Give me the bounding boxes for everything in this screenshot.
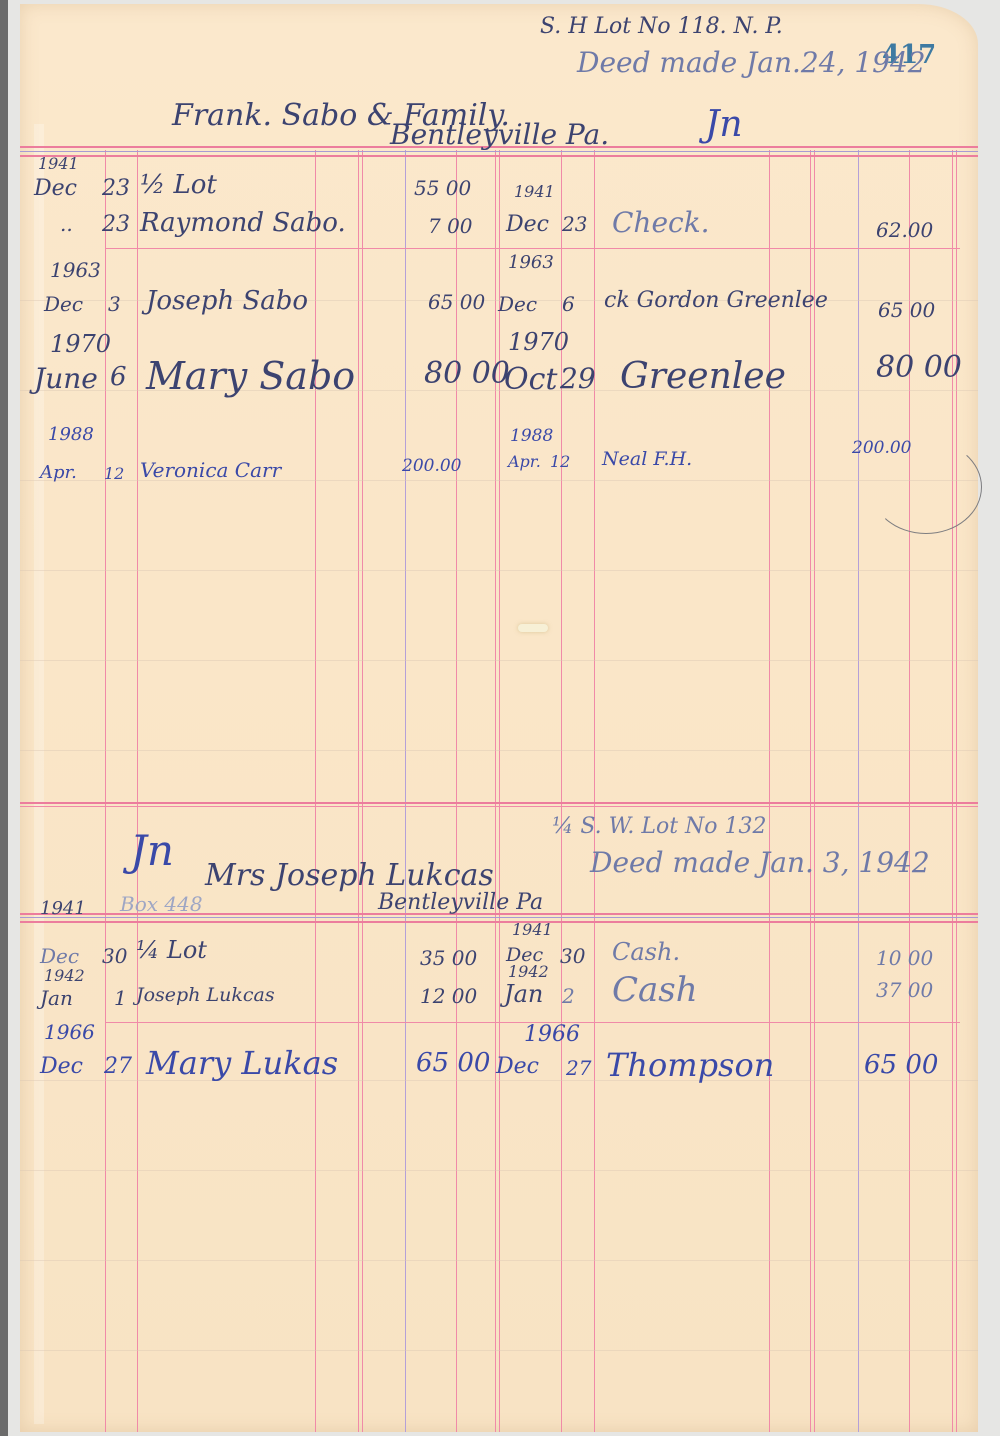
entry-amount: 200.00 [402,456,461,476]
paper-crease [518,624,548,632]
entry-description: Joseph Sabo [146,286,308,316]
faint-rule [20,570,978,571]
entry-day: 23 [102,176,130,201]
entry-year: 1941 [40,898,86,919]
entry-amount: 65 00 [864,1050,938,1080]
rule-amount-blue [405,150,406,1432]
rule-center [495,150,500,1432]
entry-description: Thompson [606,1046,774,1084]
entry-day: 6 [562,292,575,316]
account-address: Bentleyville Pa. [390,118,609,151]
entry-year: 1970 [50,330,111,358]
header-rule-blue [20,151,978,152]
rule-credit-folio [769,150,770,1432]
entry-day: 3 [108,292,121,316]
entry-month: Dec [44,292,83,316]
entry-description: Mary Lukas [146,1044,338,1082]
entry-description: Check. [612,206,710,239]
entry-month: Jan [504,980,543,1008]
entry-day: 27 [566,1056,591,1080]
entry-description: ¼ Lot [136,936,207,964]
section-separator [20,802,978,804]
entry-amount: 80 00 [424,356,510,391]
entry-amount: 10 00 [876,946,933,970]
entry-year: 1963 [508,252,554,273]
rule-credit-cents [909,150,910,1432]
entry-amount: 7 00 [428,214,473,238]
rule-description [315,150,316,1432]
entry-amount: 80 00 [876,350,962,385]
entry-year: 1966 [44,1020,95,1044]
entry-description: Neal F.H. [602,448,692,470]
account-box-number: Box 448 [120,892,203,916]
entry-month: Jan [40,986,73,1010]
entry-amount: 62.00 [876,218,933,242]
entry-year: 1941 [514,182,555,201]
rule-folio [358,150,363,1432]
section-separator [20,806,978,807]
entry-month: Dec [34,176,77,201]
entry-year: 1966 [524,1022,580,1047]
entry-month: Dec [40,1054,83,1079]
rule-credit-amount-blue [858,150,859,1432]
header-rule [20,921,978,923]
entry-year: 1963 [50,258,101,282]
entry-description: Greenlee [620,356,786,397]
faint-rule [20,660,978,661]
pencil-circle-mark [870,440,982,534]
entry-amount: 37 00 [876,978,933,1002]
entry-day: 30 [102,944,127,968]
entry-amount: 12 00 [420,984,477,1008]
header-rule-blue [20,917,978,918]
account-holder-name: Mrs Joseph Lukcas [205,858,494,893]
entry-month: Apr. [40,462,77,483]
entry-month: Dec [506,212,549,237]
faint-rule [20,1170,978,1171]
entry-day: 2 [562,984,575,1008]
page-fold-shadow [34,124,44,1424]
faint-rule [20,1350,978,1351]
entry-year: 1970 [508,328,569,356]
clerk-initials: Jn [130,826,174,875]
entry-year: 1942 [508,962,549,981]
header-rule [20,155,978,157]
account-address: Bentleyville Pa [378,890,543,915]
entry-description: Raymond Sabo. [140,208,346,238]
deed-date: Deed made Jan.24, 1942 [577,46,926,79]
entry-year: 1941 [512,920,553,939]
rule-amount-cents [456,150,457,1432]
entry-year: 1988 [48,424,94,445]
entry-description: ck Gordon Greenlee [604,288,828,313]
rule-right-margin [952,150,957,1432]
rule-credit-folio2 [810,150,815,1432]
faint-rule [20,1260,978,1261]
entry-description: Cash [612,970,698,1010]
entry-description: Mary Sabo [146,354,355,398]
deed-date: Deed made Jan. 3, 1942 [590,846,930,879]
entry-day: 27 [104,1054,132,1079]
entry-year: 1988 [510,426,553,446]
scan-edge [0,0,8,1436]
entry-amount: 55 00 [414,176,471,200]
entry-day: 12 [550,452,570,471]
entry-month: Oct [504,362,557,397]
rule-credit-description [594,150,595,1432]
entry-month: Dec [496,1054,539,1079]
entry-month: Dec [498,292,537,316]
entry-month: June [34,362,98,395]
total-rule [105,248,960,249]
clerk-initials: Jn [705,104,743,145]
entry-month: .. [60,212,73,236]
entry-day: 29 [560,362,596,395]
entry-year: 1942 [44,966,85,985]
lot-description: ¼ S. W. Lot No 132 [552,814,767,839]
entry-amount: 65 00 [416,1048,490,1078]
rule-date-day [137,150,138,1432]
entry-amount: 65 00 [878,298,935,322]
entry-day: 12 [104,464,124,483]
entry-day: 30 [560,944,585,968]
entry-day: 6 [110,362,127,392]
entry-day: 1 [114,986,127,1010]
faint-rule [20,750,978,751]
entry-day: 23 [562,212,587,236]
entry-description: Joseph Lukcas [136,984,275,1006]
entry-description: Cash. [612,938,680,966]
lot-description: S. H Lot No 118. N. P. [540,14,783,39]
entry-month: Dec [40,944,79,968]
entry-year: 1941 [38,154,79,173]
entry-amount: 65 00 [428,290,485,314]
entry-month: Apr. [508,452,541,471]
entry-amount: 35 00 [420,946,477,970]
entry-description: Veronica Carr [140,458,281,482]
entry-description: ½ Lot [140,170,217,200]
entry-day: 23 [102,212,130,237]
